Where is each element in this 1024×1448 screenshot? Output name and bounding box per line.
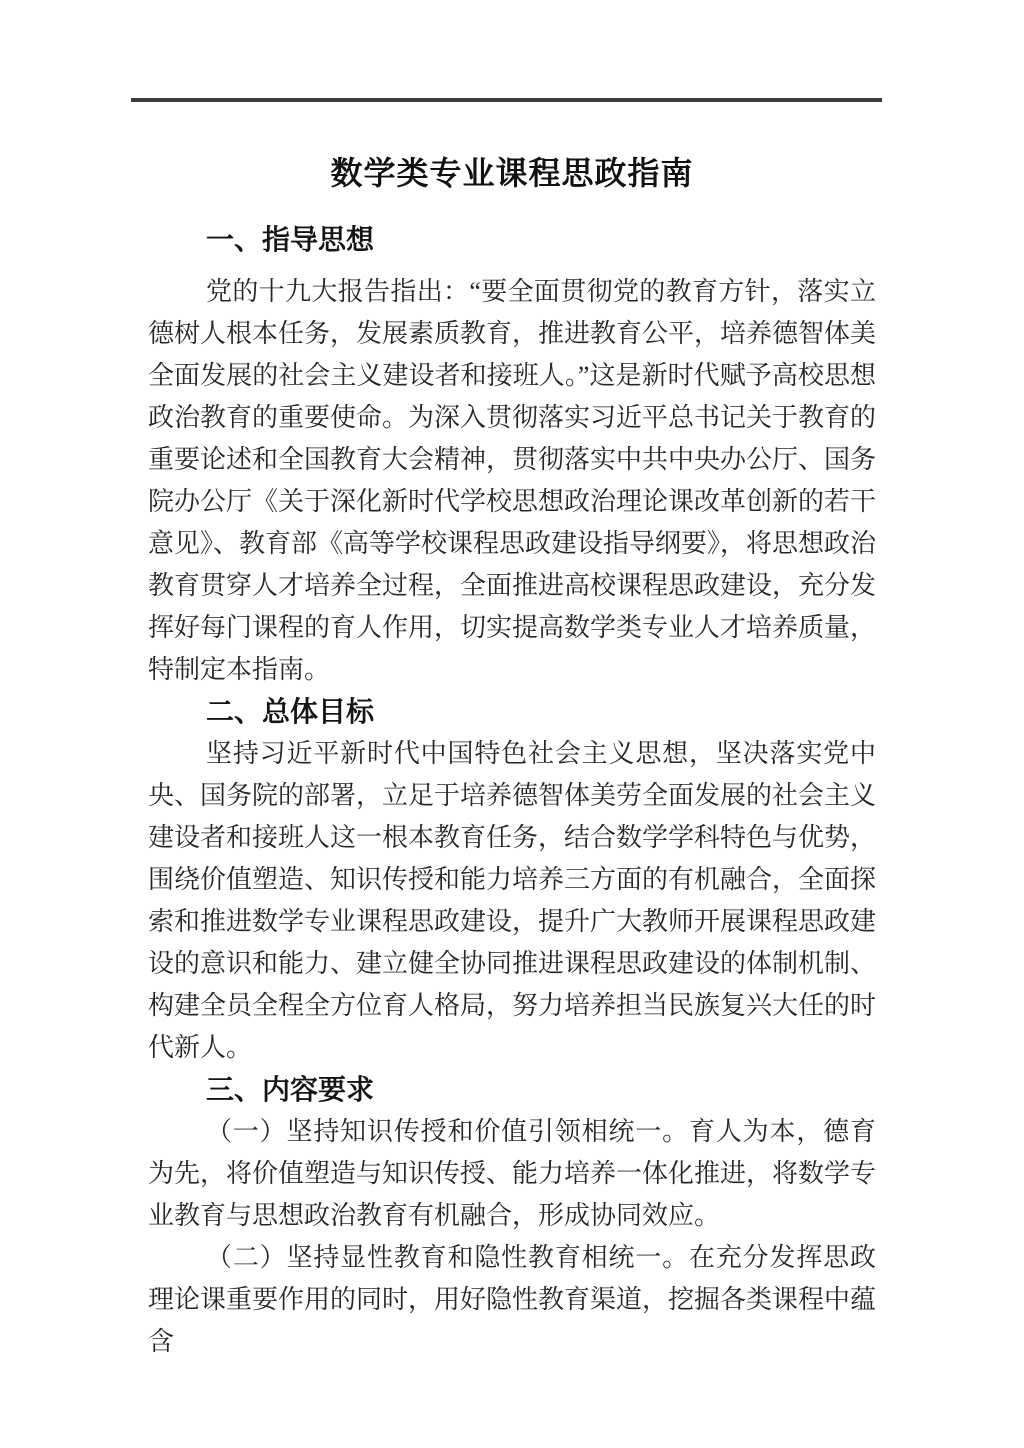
paragraph-content-requirement-2: （二）坚持显性教育和隐性教育相统一。在充分发挥思政理论课重要作用的同时，用好隐性… [148,1237,876,1363]
paragraph-content-requirement-1: （一）坚持知识传授和价值引领相统一。育人为本，德育为先，将价值塑造与知识传授、能… [148,1111,876,1237]
document-title: 数学类专业课程思政指南 [148,151,876,195]
section-heading-content-requirements: 三、内容要求 [148,1069,876,1111]
document-page: 数学类专业课程思政指南 一、指导思想 党的十九大报告指出：“要全面贯彻党的教育方… [0,0,1024,1448]
document-content: 数学类专业课程思政指南 一、指导思想 党的十九大报告指出：“要全面贯彻党的教育方… [148,151,876,1363]
title-divider [131,98,882,102]
section-heading-guiding-ideology: 一、指导思想 [148,219,876,261]
section-heading-overall-goal: 二、总体目标 [148,691,876,733]
paragraph-guiding-ideology: 党的十九大报告指出：“要全面贯彻党的教育方针，落实立德树人根本任务，发展素质教育… [148,271,876,691]
paragraph-overall-goal: 坚持习近平新时代中国特色社会主义思想，坚决落实党中央、国务院的部署，立足于培养德… [148,733,876,1069]
